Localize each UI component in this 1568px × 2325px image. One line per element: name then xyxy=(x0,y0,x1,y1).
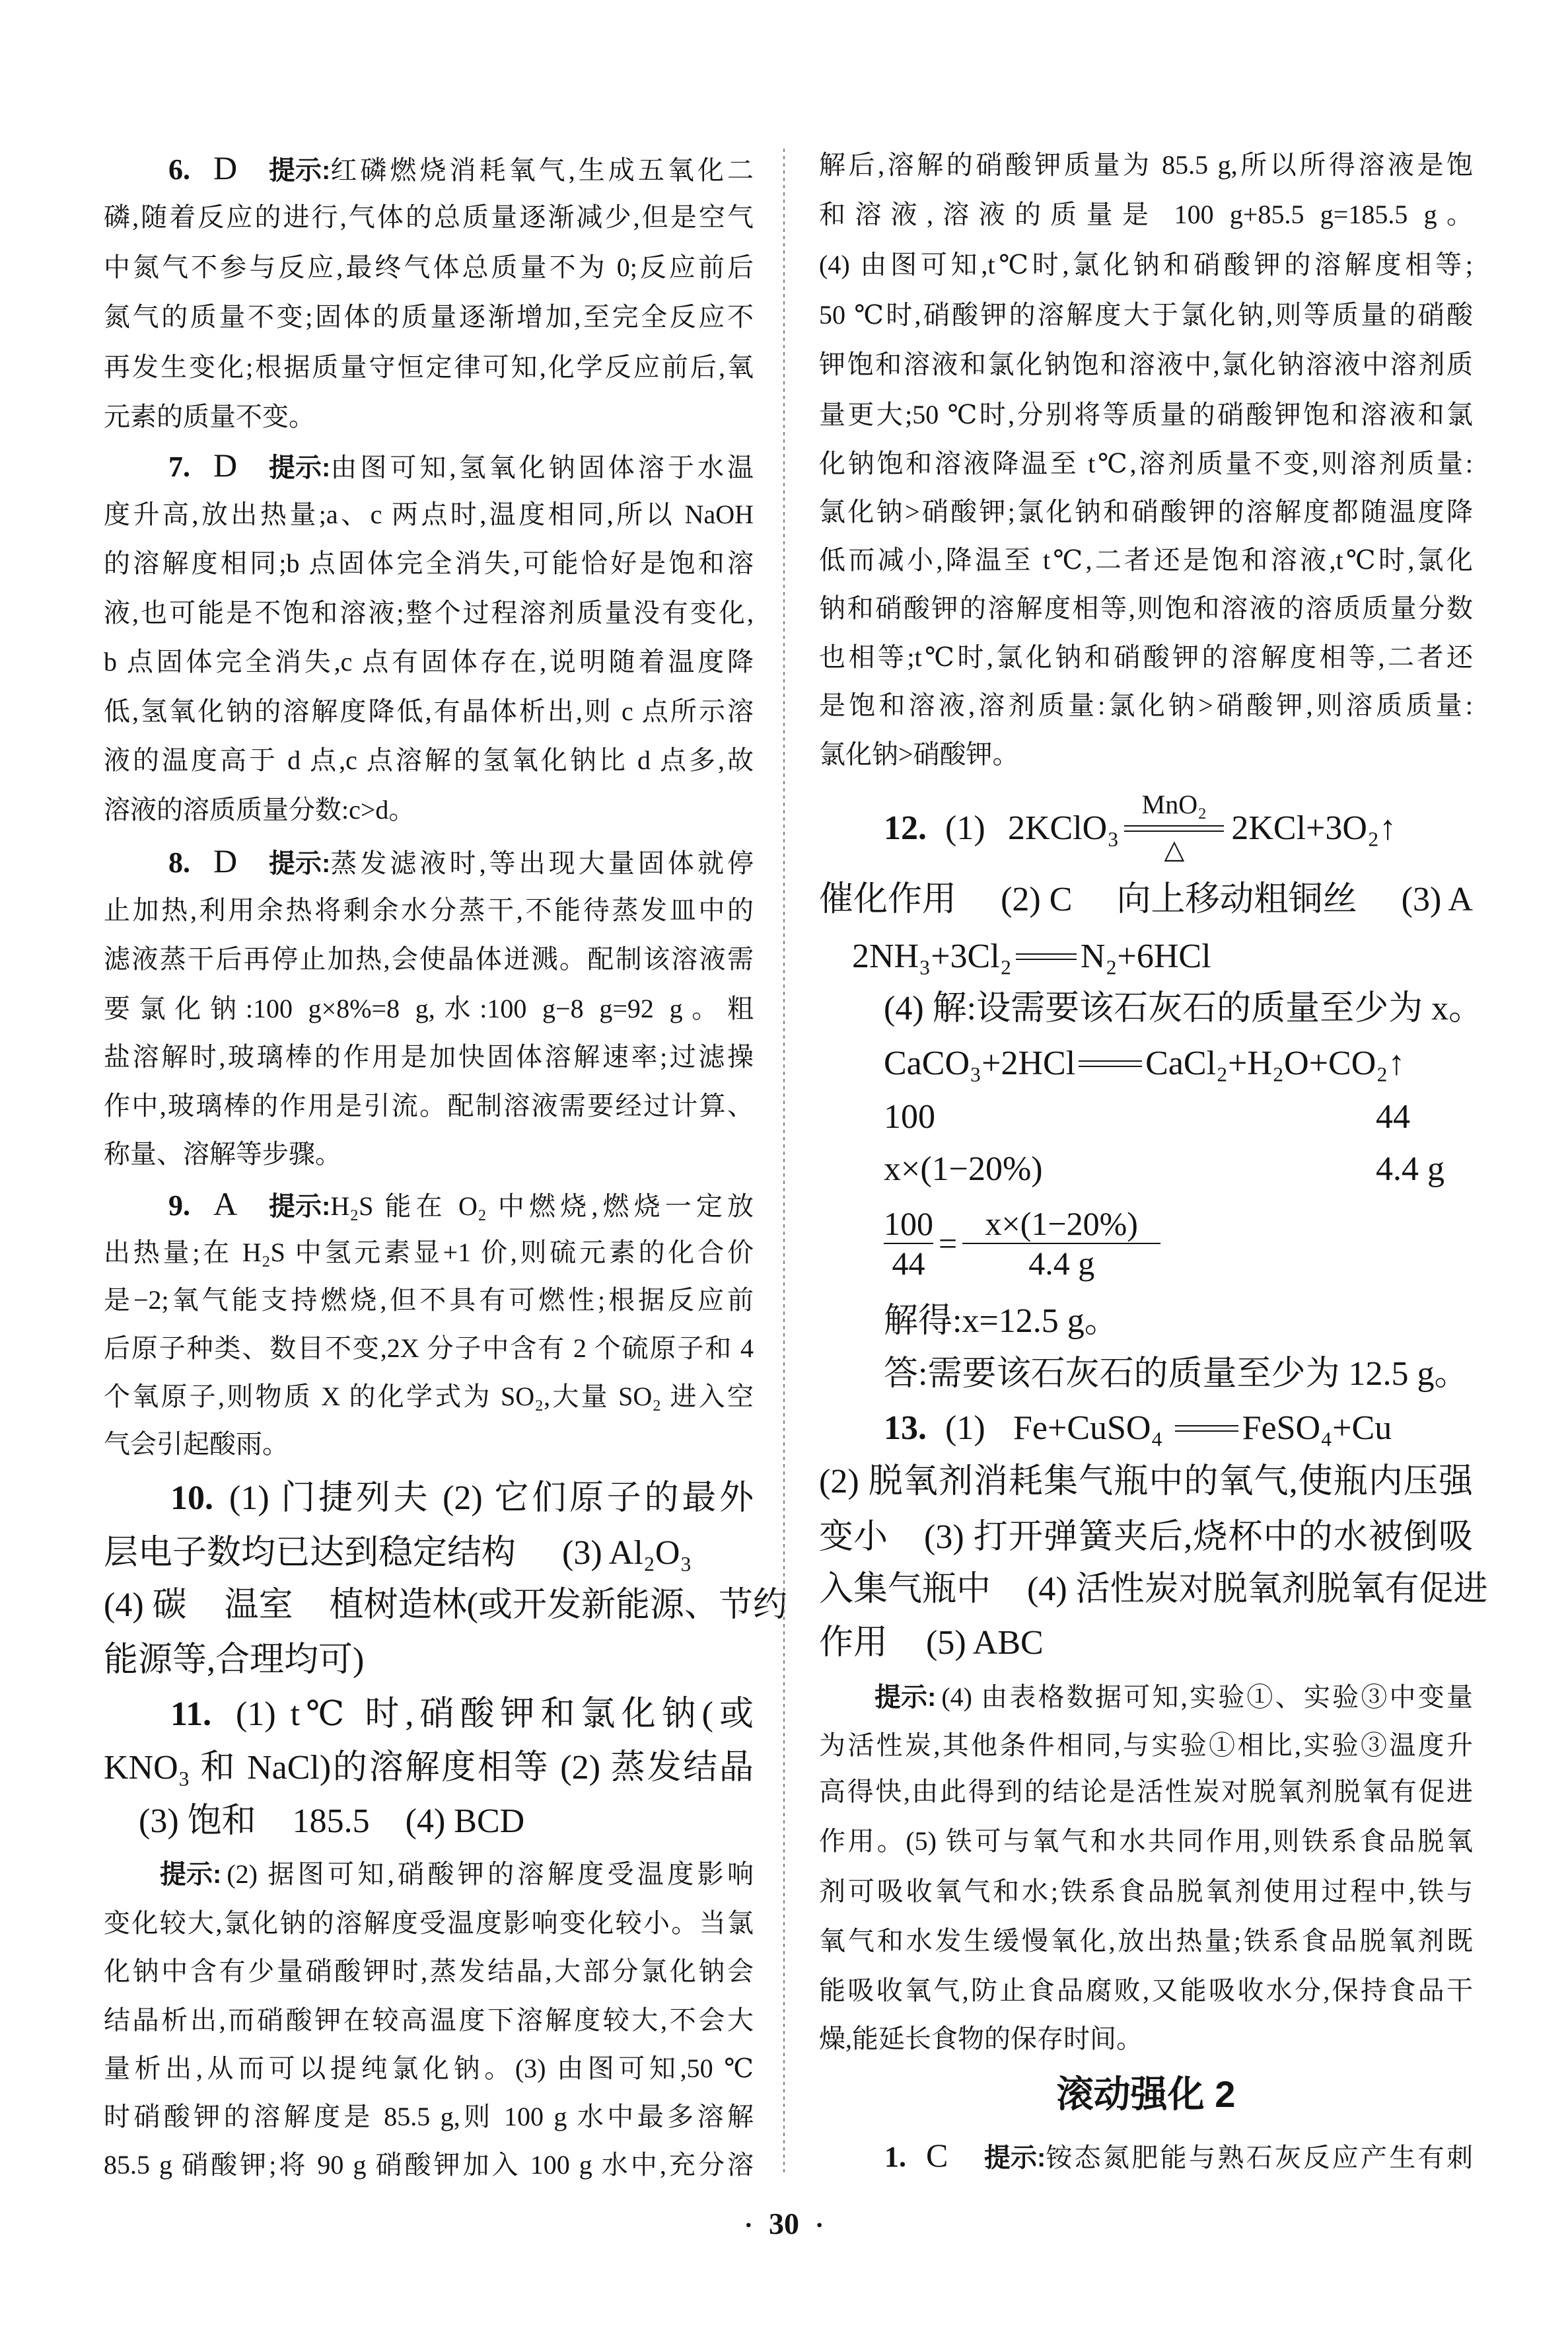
hint-text-line: 解后,溶解的硝酸钾质量为 85.5 g,所以所得溶液是饱 xyxy=(819,142,1473,188)
hint-text-line: 要氯化钠:100 g×8%=8 g,水:100 g−8 g=92 g。粗 xyxy=(104,986,754,1032)
equation-products: 2KCl+3O₂↑ xyxy=(1231,802,1396,855)
q12-equation-1: 12. (1) 2KClO₃ MnO₂ △ 2KCl+3O₂↑ xyxy=(819,802,1473,855)
hint-text-line: 结晶析出,而硝酸钾在较高温度下溶解度较大,不会大 xyxy=(104,1997,754,2044)
denominator: 4.4 g xyxy=(1028,1244,1094,1282)
hint-text-line: 钠和硝酸钾的溶解度相等,则饱和溶液的溶质质量分数 xyxy=(819,585,1473,632)
question-number: 10. xyxy=(170,1472,229,1525)
equation-reactants: CaCO₃+2HCl xyxy=(884,1037,1075,1090)
reaction-condition: MnO₂ △ xyxy=(1124,802,1224,855)
question-number: 8. xyxy=(168,840,213,886)
question-number: 11. xyxy=(170,1688,236,1741)
equals-double-bar-icon xyxy=(1079,1060,1142,1067)
equals-double-bar-icon xyxy=(1175,1425,1238,1432)
answer-line: 入集气瓶中 (4) 活性炭对脱氧剂脱氧有促进 xyxy=(819,1563,1473,1616)
q13-hint-first-line: 提示: (4) 由表格数据可知,实验①、实验③中变量 xyxy=(819,1674,1473,1720)
denominator: 44 xyxy=(892,1244,925,1282)
answer-segment: (2) C xyxy=(1001,873,1072,926)
answer-choice: D xyxy=(213,442,269,488)
hint-text-line: 量更大;50 ℃时,分别将等质量的硝酸钾饱和溶液和氯 xyxy=(819,392,1473,438)
equation-reactants: Fe+CuSO₄ xyxy=(1013,1402,1163,1455)
heat-triangle-icon: △ xyxy=(1124,835,1224,864)
hint-text-line: 和溶液,溶液的质量是 100 g+85.5 g=185.5 g。 xyxy=(819,192,1473,238)
answer-line: (4) 碳 温室 植树造林(或开发新能源、节约 xyxy=(104,1579,754,1632)
hint-text-line: 是饱和溶液,溶剂质量:氯化钠>硝酸钾,则溶质质量: xyxy=(819,683,1473,729)
equation-products: CaCl₂+H₂O+CO₂↑ xyxy=(1145,1037,1405,1090)
hint-text: H₂S 能在 O₂ 中燃烧,燃烧一定放 xyxy=(330,1183,754,1230)
answer-segment: (4) 活性炭对脱氧剂脱氧有促进 xyxy=(1027,1563,1473,1616)
answer-segment: (4) BCD xyxy=(406,1795,525,1848)
hint-text-line: 氮气的质量不变;固体的质量逐渐增加,至完全反应不 xyxy=(104,294,754,340)
answer-segment: 变小 xyxy=(819,1511,888,1564)
q11-hint-first-line: 提示: (2) 据图可知,硝酸钾的溶解度受温度影响 xyxy=(104,1851,754,1898)
answer-segment: 向上移动粗铜丝 xyxy=(1117,873,1357,926)
hint-text: 红磷燃烧消耗氧气,生成五氧化二 xyxy=(330,147,754,194)
answer-line: KNO₃ 和 NaCl)的溶解度相等 (2) 蒸发结晶 xyxy=(104,1742,754,1794)
hint-text-line: 的溶解度相同;b 点固体完全消失,可能恰好是饱和溶 xyxy=(104,540,754,587)
hint-text-line: 度升高,放出热量;a、c 两点时,温度相同,所以 NaOH xyxy=(104,492,754,538)
answer-segment: (3) 饱和 xyxy=(139,1795,256,1848)
hint-text-line: 低,氢氧化钠的溶解度降低,有晶体析出,则 c 点所示溶 xyxy=(104,688,754,735)
answer-text: (1) t℃ 时,硝酸钾和氯化钠(或 xyxy=(236,1688,754,1741)
hint-text-line: 止加热,利用余热将剩余水分蒸干,不能待蒸发皿中的 xyxy=(104,887,754,934)
hint-text-line: 氯化钠>硝酸钾;氯化钠和硝酸钾的溶解度都随温度降 xyxy=(819,489,1473,535)
hint-label: 提示: xyxy=(160,1851,221,1898)
ratio-right: 44 xyxy=(1376,1091,1410,1144)
solve-line: 解得:x=12.5 g。 xyxy=(819,1295,1473,1348)
proportion-equation: 100 44 = x×(1−20%) 4.4 g xyxy=(884,1204,1160,1282)
q12-equation-2: 2NH₃+3Cl₂ N₂+6HCl xyxy=(819,930,1473,983)
hint-label: 提示: xyxy=(269,1183,330,1230)
answer-text: (1) 门捷列夫 (2) 它们原子的最外 xyxy=(229,1472,754,1525)
hint-text-line: 化钠中含有少量硝酸钾时,蒸发结晶,大部分氯化钠会 xyxy=(104,1948,754,1995)
hint-text-line: 后原子种类、数目不变,2X 分子中含有 2 个硫原子和 4 xyxy=(104,1325,754,1372)
answer-segment: 植树造林(或开发新能源、节约 xyxy=(330,1579,754,1632)
hint-label: 提示: xyxy=(874,1674,936,1720)
ratio-right: 4.4 g xyxy=(1376,1143,1444,1196)
answer-segment: 185.5 xyxy=(293,1795,370,1848)
question-number: 12. xyxy=(884,802,945,855)
answer-segment: (3) Al₂O₃ xyxy=(562,1527,692,1580)
hint-text: (4) 由表格数据可知,实验①、实验③中变量 xyxy=(941,1674,1473,1720)
hint-text-line: 85.5 g 硝酸钾;将 90 g 硝酸钾加入 100 g 水中,充分溶 xyxy=(104,2142,754,2188)
hint-text-line: 能吸收氧气,防止食品腐败,又能吸收水分,保持食品干 xyxy=(819,1968,1473,2014)
hint-label: 提示: xyxy=(269,445,330,491)
q7-first-line: 7. D 提示: 由图可知,氢氧化钠固体溶于水温 xyxy=(104,442,754,488)
hint-text-line: 再发生变化;根据质量守恒定律可知,化学反应前后,氧 xyxy=(104,344,754,390)
column-divider xyxy=(783,149,785,2176)
hint-text-line: 气会引起酸雨。 xyxy=(104,1421,754,1467)
fraction: 100 44 xyxy=(884,1204,933,1282)
hint-text-line: 剂可吸收氧气和水;铁系食品脱氧剂使用过程中,铁与 xyxy=(819,1868,1473,1915)
q11-first-line: 11. (1) t℃ 时,硝酸钾和氯化钠(或 xyxy=(104,1688,754,1741)
question-number: 7. xyxy=(168,444,213,490)
conclusion-line: 答:需要该石灰石的质量至少为 12.5 g。 xyxy=(819,1348,1473,1401)
answer-line: 催化作用 (2) C 向上移动粗铜丝 (3) A xyxy=(819,873,1473,926)
answer-choice: C xyxy=(926,2132,984,2178)
question-number: 9. xyxy=(168,1183,213,1229)
hint-text-line: 量析出,从而可以提纯氯化钠。(3) 由图可知,50 ℃ xyxy=(104,2046,754,2092)
answer-segment: 作用 xyxy=(819,1617,888,1670)
equation-products: N₂+6HCl xyxy=(1081,930,1211,983)
hint-text-line: 变化较大,氯化钠的溶解度受温度影响变化较小。当氯 xyxy=(104,1900,754,1946)
answer-line: 作用(5) ABC xyxy=(819,1617,1473,1670)
hint-text-line: 中氮气不参与反应,最终气体总质量不为 0;反应前后 xyxy=(104,244,754,291)
ratio-row: 100 44 xyxy=(819,1091,1473,1144)
hint-text-line: 低而减小,降温至 t℃,二者还是饱和溶液,t℃时,氯化 xyxy=(819,537,1473,583)
hint-text: (2) 据图可知,硝酸钾的溶解度受温度影响 xyxy=(227,1851,754,1898)
answer-line: 层电子数均已达到稳定结构(3) Al₂O₃ xyxy=(104,1527,754,1580)
hint-text-line: 也相等;t℃时,氯化钠和硝酸钾的溶解度相等,二者还 xyxy=(819,634,1473,681)
answer-choice: D xyxy=(213,838,269,884)
hint-text-line: 为活性炭,其他条件相同,与实验①相比,实验③温度升 xyxy=(819,1722,1473,1769)
page-number: ·30· xyxy=(0,2204,1568,2244)
hint-text-line: 液,也可能是不饱和溶液;整个过程溶剂质量没有变化, xyxy=(104,590,754,636)
hint-text-line: 溶液的溶质质量分数:c>d。 xyxy=(104,787,754,833)
answer-segment: 层电子数均已达到稳定结构 xyxy=(104,1527,516,1580)
equation-products: FeSO₄+Cu xyxy=(1242,1402,1392,1455)
answer-segment: (4) 碳 xyxy=(104,1579,187,1632)
q12-equation-3: CaCO₃+2HCl CaCl₂+H₂O+CO₂↑ xyxy=(819,1037,1473,1090)
answer-page: 6. D 提示: 红磷燃烧消耗氧气,生成五氧化二 磷,随着反应的进行,气体的总质… xyxy=(0,0,1568,2325)
hint-text: 铵态氮肥能与熟石灰反应产生有刺 xyxy=(1046,2135,1473,2181)
answer-line: (3) 饱和185.5(4) BCD xyxy=(104,1795,754,1848)
answer-line: 变小 (3) 打开弹簧夹后,烧杯中的水被倒吸 xyxy=(819,1511,1473,1564)
answer-segment: (5) ABC xyxy=(926,1617,1044,1670)
hint-text-line: 燥,能延长食物的保存时间。 xyxy=(819,2016,1473,2062)
equation-reactants: 2NH₃+3Cl₂ xyxy=(852,930,1012,983)
numerator: x×(1−20%) xyxy=(985,1204,1138,1243)
ratio-left: 100 xyxy=(884,1098,935,1136)
ratio-row: x×(1−20%) 4.4 g xyxy=(819,1143,1473,1196)
answer-line: 能源等,合理均可) xyxy=(104,1634,754,1687)
hint-text-line: 是−2;氧气能支持燃烧,但不具有可燃性;根据反应前 xyxy=(104,1277,754,1323)
answer-segment: 催化作用 xyxy=(819,873,956,926)
hint-text-line: 50 ℃时,硝酸钾的溶解度大于氯化钠,则等质量的硝酸 xyxy=(819,292,1473,338)
equals-double-bar-icon xyxy=(1124,825,1224,832)
page-number-dot: · xyxy=(815,2210,824,2240)
sub-question-label: (1) xyxy=(945,802,1008,855)
hint-text-line: 氧气和水发生缓慢氧化,放出热量;铁系食品脱氧剂既 xyxy=(819,1918,1473,1964)
hint-label: 提示: xyxy=(269,147,330,194)
hint-text-line: 出热量;在 H₂S 中氢元素显+1 价,则硫元素的化合价 xyxy=(104,1230,754,1276)
answer-segment: 入集气瓶中 xyxy=(819,1563,991,1616)
question-number: 6. xyxy=(168,147,213,193)
q8-first-line: 8. D 提示: 蒸发滤液时,等出现大量固体就停 xyxy=(104,838,754,884)
hint-text-line: 滤液蒸干后再停止加热,会使晶体迸溅。配制该溶液需 xyxy=(104,936,754,982)
hint-text-line: 化钠饱和溶液降温至 t℃,溶剂质量不变,则溶剂质量: xyxy=(819,441,1473,487)
hint-text-line: 钾饱和溶液和氯化钠饱和溶液中,氯化钠溶液中溶剂质 xyxy=(819,342,1473,388)
equals-double-bar-icon xyxy=(1016,953,1077,960)
hint-text-line: 元素的质量不变。 xyxy=(104,394,754,440)
hint-text: 蒸发滤液时,等出现大量固体就停 xyxy=(330,840,754,887)
sub-question-label: (1) xyxy=(945,1402,1013,1455)
hint-text: 由图可知,氢氧化钠固体溶于水温 xyxy=(330,445,754,491)
q10-first-line: 10. (1) 门捷列夫 (2) 它们原子的最外 xyxy=(104,1472,754,1525)
question-number: 1. xyxy=(884,2134,926,2180)
hint-text-line: 高得快,由此得到的结论是活性炭对脱氧剂脱氧有促进 xyxy=(819,1769,1473,1815)
hint-text-line: 个氧原子,则物质 X 的化学式为 SO₂,大量 SO₂ 进入空 xyxy=(104,1374,754,1420)
answer-segment: 温室 xyxy=(225,1579,293,1632)
q6-first-line: 6. D 提示: 红磷燃烧消耗氧气,生成五氧化二 xyxy=(104,145,754,191)
hint-text-line: 时硝酸钾的溶解度是 85.5 g,则 100 g 水中最多溶解 xyxy=(104,2094,754,2140)
hint-label: 提示: xyxy=(984,2135,1046,2181)
answer-choice: D xyxy=(213,145,269,191)
answer-line: (2) 脱氧剂消耗集气瓶中的氧气,使瓶内压强 xyxy=(819,1456,1473,1508)
section-title: 滚动强化 2 xyxy=(819,2068,1473,2121)
question-number: 13. xyxy=(884,1402,945,1455)
hint-text-line: 磷,随着反应的进行,气体的总质量逐渐减少,但是空气 xyxy=(104,194,754,240)
ratio-left: x×(1−20%) xyxy=(884,1150,1043,1188)
q13-equation: 13. (1) Fe+CuSO₄ FeSO₄+Cu xyxy=(819,1402,1473,1455)
page-number-value: 30 xyxy=(769,2207,799,2240)
solution-intro: (4) 解:设需要该石灰石的质量至少为 x。 xyxy=(819,982,1473,1035)
answer-segment: (3) 打开弹簧夹后,烧杯中的水被倒吸 xyxy=(924,1511,1473,1564)
equals-sign: = xyxy=(939,1224,957,1263)
hint-text-line: 液的温度高于 d 点,c 点溶解的氢氧化钠比 d 点多,故 xyxy=(104,737,754,784)
catalyst-label: MnO₂ xyxy=(1124,790,1224,819)
fraction: x×(1−20%) 4.4 g xyxy=(962,1204,1160,1282)
review-q1-line: 1. C 提示: 铵态氮肥能与熟石灰反应产生有刺 xyxy=(819,2132,1473,2178)
hint-text-line: b 点固体完全消失,c 点有固体存在,说明随着温度降 xyxy=(104,639,754,685)
answer-choice: A xyxy=(213,1181,269,1227)
hint-text-line: 氯化钠>硝酸钾。 xyxy=(819,731,1473,778)
answer-segment: (3) A xyxy=(1402,873,1473,926)
q9-first-line: 9. A 提示: H₂S 能在 O₂ 中燃烧,燃烧一定放 xyxy=(104,1181,754,1227)
equation-reactants: 2KClO₃ xyxy=(1008,802,1119,855)
hint-text-line: 作用。(5) 铁可与氧气和水共同作用,则铁系食品脱氧 xyxy=(819,1818,1473,1864)
hint-text-line: 作中,玻璃棒的作用是引流。配制溶液需要经过计算、 xyxy=(104,1083,754,1129)
hint-text-line: 盐溶解时,玻璃棒的作用是加快固体溶解速率;过滤操 xyxy=(104,1034,754,1080)
hint-text-line: 称量、溶解等步骤。 xyxy=(104,1131,754,1177)
numerator: 100 xyxy=(884,1204,933,1243)
page-number-dot: · xyxy=(744,2210,753,2240)
hint-text-line: (4) 由图可知,t℃时,氯化钠和硝酸钾的溶解度相等; xyxy=(819,242,1473,288)
hint-label: 提示: xyxy=(269,840,330,887)
